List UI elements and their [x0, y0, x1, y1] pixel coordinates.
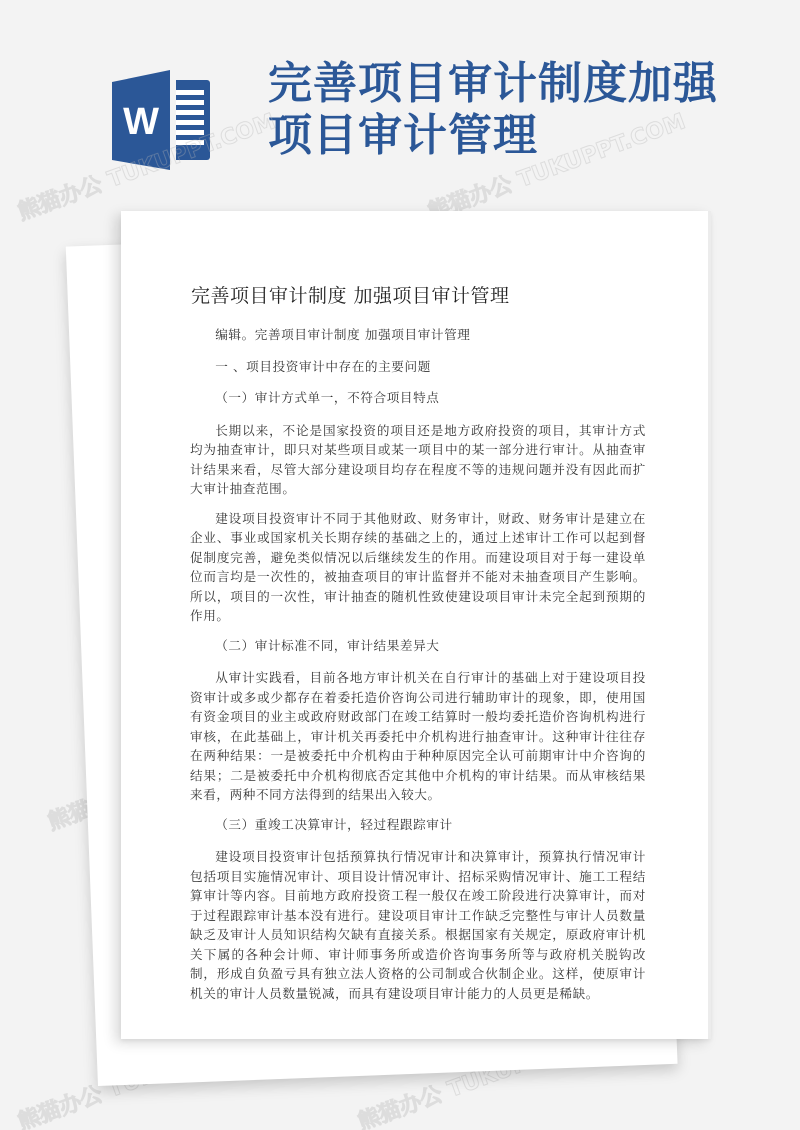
doc-paragraph: 从审计实践看，目前各地方审计机关在自行审计的基础上对于建设项目投资审计或多或少都… — [190, 668, 646, 805]
banner: W 完善项目审计制度加强 项目审计管理 — [0, 0, 800, 190]
banner-title-line2: 项目审计管理 — [268, 110, 768, 162]
banner-title-line1: 完善项目审计制度加强 — [268, 58, 768, 110]
document-body: 编辑。完善项目审计制度 加强项目审计管理 一 、项目投资审计中存在的主要问题 （… — [190, 325, 646, 1013]
doc-subheading: （二）审计标准不同，审计结果差异大 — [190, 636, 646, 656]
svg-text:W: W — [123, 101, 159, 143]
banner-title: 完善项目审计制度加强 项目审计管理 — [268, 58, 768, 162]
doc-subheading: （三）重竣工决算审计，轻过程跟踪审计 — [190, 815, 646, 835]
doc-subheading: （一）审计方式单一，不符合项目特点 — [190, 388, 646, 408]
word-document-icon: W — [110, 70, 215, 170]
doc-section-heading: 一 、项目投资审计中存在的主要问题 — [190, 357, 646, 377]
document-heading: 完善项目审计制度 加强项目审计管理 — [191, 281, 510, 308]
doc-paragraph: 长期以来，不论是国家投资的项目还是地方政府投资的项目，其审计方式均为抽查审计，即… — [190, 421, 646, 499]
doc-paragraph: 编辑。完善项目审计制度 加强项目审计管理 — [190, 325, 646, 345]
doc-paragraph: 建设项目投资审计不同于其他财政、财务审计，财政、财务审计是建立在企业、事业或国家… — [190, 509, 646, 626]
doc-paragraph: 建设项目投资审计包括预算执行情况审计和决算审计，预算执行情况审计包括项目实施情况… — [190, 847, 646, 1003]
document-page: 完善项目审计制度 加强项目审计管理 编辑。完善项目审计制度 加强项目审计管理 一… — [121, 211, 711, 1039]
